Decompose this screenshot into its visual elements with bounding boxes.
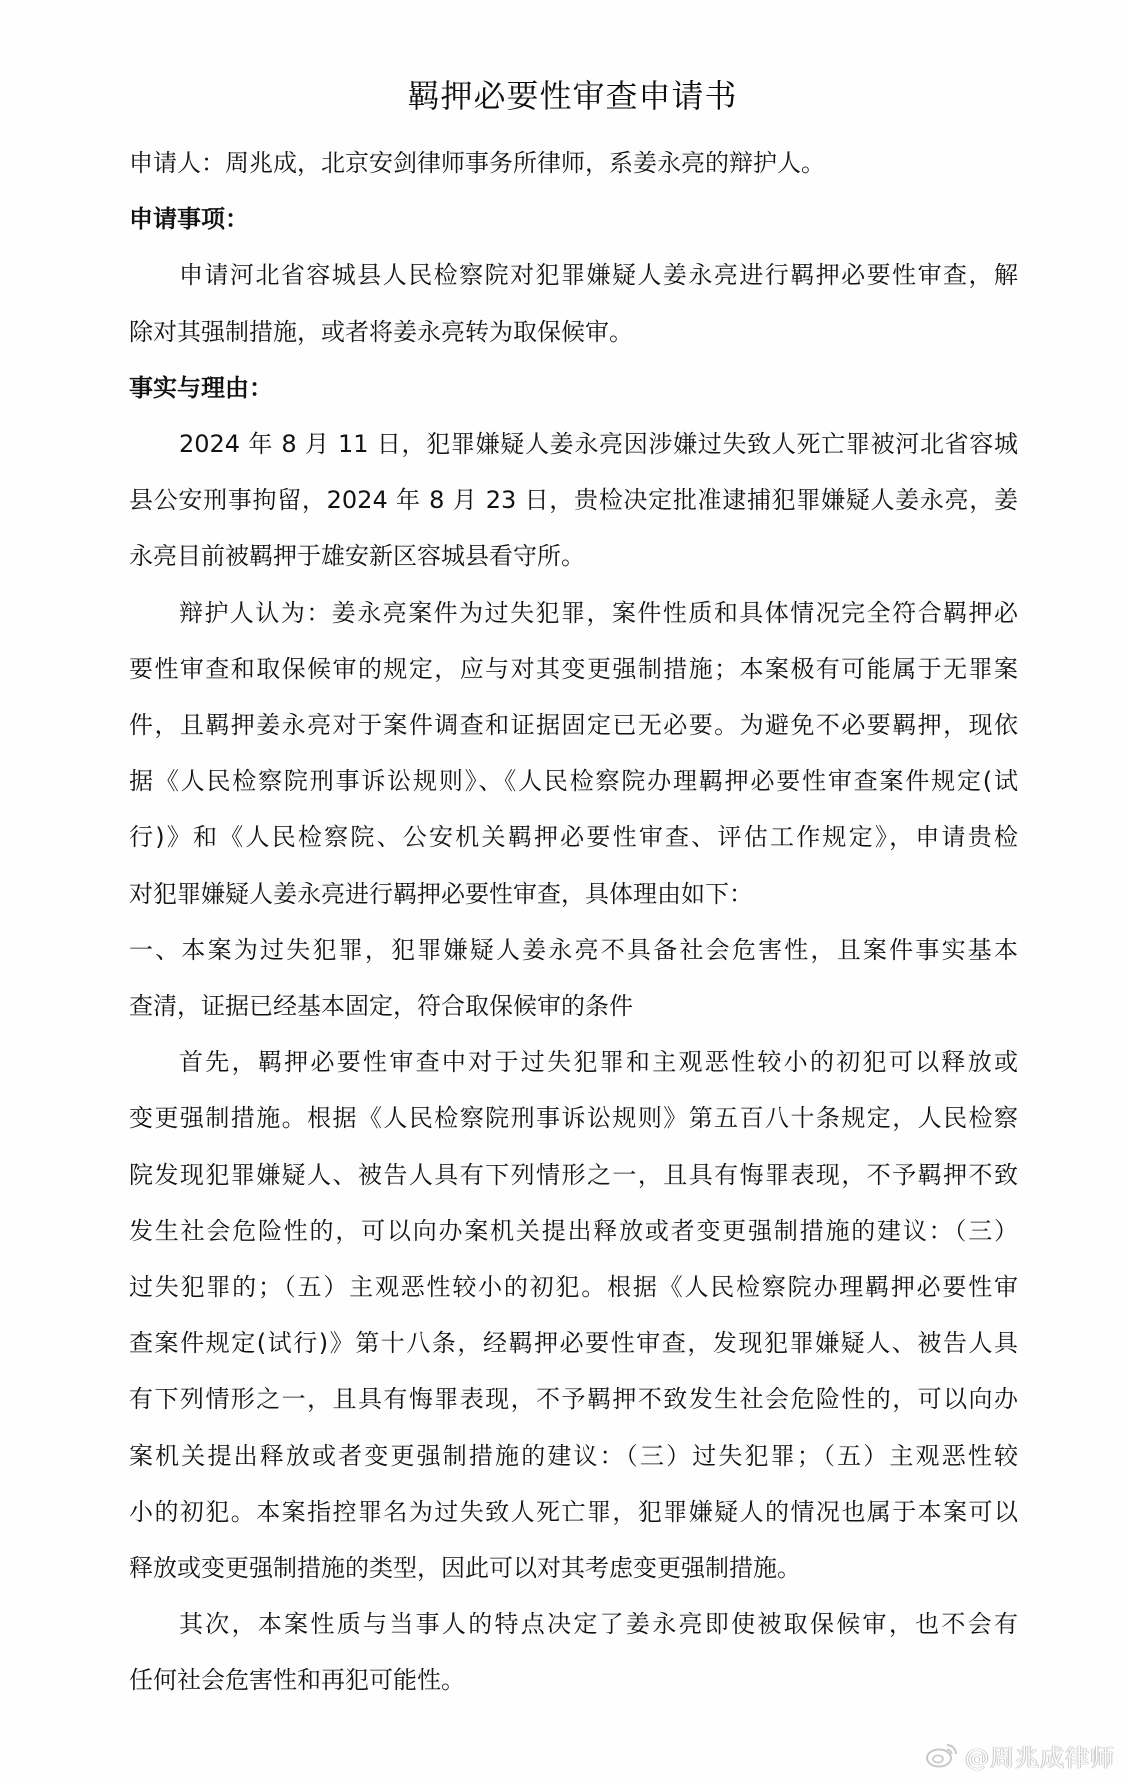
text-line: 一、本案为过失犯罪，犯罪嫌疑人姜永亮不具备社会危害性，且案件事实基本 (129, 934, 1018, 966)
text-line: 释放或变更强制措施的类型，因此可以对其考虑变更强制措施。 (129, 1552, 1018, 1584)
text-line: 要性审查和取保候审的规定，应与对其变更强制措施；本案极有可能属于无罪案 (129, 653, 1018, 685)
text-line: 发生社会危险性的，可以向办案机关提出释放或者变更强制措施的建议：（三） (129, 1215, 1018, 1247)
text-line: 其次，本案性质与当事人的特点决定了姜永亮即使被取保候审，也不会有 (129, 1608, 1018, 1640)
text-line: 申请河北省容城县人民检察院对犯罪嫌疑人姜永亮进行羁押必要性审查，解 (129, 259, 1018, 291)
weibo-logo-icon (925, 1741, 959, 1769)
text-line: 辩护人认为：姜永亮案件为过失犯罪，案件性质和具体情况完全符合羁押必 (129, 597, 1018, 629)
text-line: 任何社会危害性和再犯可能性。 (129, 1664, 1018, 1696)
text-line: 据《人民检察院刑事诉讼规则》、《人民检察院办理羁押必要性审查案件规定(试 (129, 765, 1018, 797)
watermark: @周兆成律师 (925, 1738, 1115, 1772)
text-line: 申请事项： (129, 203, 1018, 235)
text-line: 事实与理由： (129, 372, 1018, 404)
text-line: 除对其强制措施，或者将姜永亮转为取保候审。 (129, 316, 1018, 348)
text-line: 首先，羁押必要性审查中对于过失犯罪和主观恶性较小的初犯可以释放或 (129, 1046, 1018, 1078)
text-line: 行)》和《人民检察院、公安机关羁押必要性审查、评估工作规定》，申请贵检 (129, 821, 1018, 853)
watermark-text: @周兆成律师 (965, 1738, 1115, 1773)
document-title: 羁押必要性审查申请书 (0, 76, 1125, 116)
text-line: 有下列情形之一，且具有悔罪表现，不予羁押不致发生社会危险性的，可以向办 (129, 1383, 1018, 1415)
text-line: 案机关提出释放或者变更强制措施的建议：（三）过失犯罪；（五）主观恶性较 (129, 1440, 1018, 1472)
text-line: 查案件规定(试行)》第十八条，经羁押必要性审查，发现犯罪嫌疑人、被告人具 (129, 1327, 1018, 1359)
text-line: 2024 年 8 月 11 日，犯罪嫌疑人姜永亮因涉嫌过失致人死亡罪被河北省容城 (129, 428, 1018, 460)
text-line: 小的初犯。本案指控罪名为过失致人死亡罪，犯罪嫌疑人的情况也属于本案可以 (129, 1496, 1018, 1528)
text-line: 件，且羁押姜永亮对于案件调查和证据固定已无必要。为避免不必要羁押，现依 (129, 709, 1018, 741)
text-line: 县公安刑事拘留，2024 年 8 月 23 日，贵检决定批准逮捕犯罪嫌疑人姜永亮… (129, 484, 1018, 516)
text-line: 变更强制措施。根据《人民检察院刑事诉讼规则》第五百八十条规定，人民检察 (129, 1102, 1018, 1134)
text-line: 永亮目前被羁押于雄安新区容城县看守所。 (129, 540, 1018, 572)
text-line: 对犯罪嫌疑人姜永亮进行羁押必要性审查，具体理由如下： (129, 878, 1018, 910)
text-line: 查清，证据已经基本固定，符合取保候审的条件 (129, 990, 1018, 1022)
document-page: 羁押必要性审查申请书 申请人：周兆成，北京安剑律师事务所律师，系姜永亮的辩护人。… (0, 0, 1125, 1781)
text-line: 院发现犯罪嫌疑人、被告人具有下列情形之一，且具有悔罪表现，不予羁押不致 (129, 1159, 1018, 1191)
text-line: 过失犯罪的；（五）主观恶性较小的初犯。根据《人民检察院办理羁押必要性审 (129, 1271, 1018, 1303)
text-line: 申请人：周兆成，北京安剑律师事务所律师，系姜永亮的辩护人。 (129, 147, 1018, 179)
